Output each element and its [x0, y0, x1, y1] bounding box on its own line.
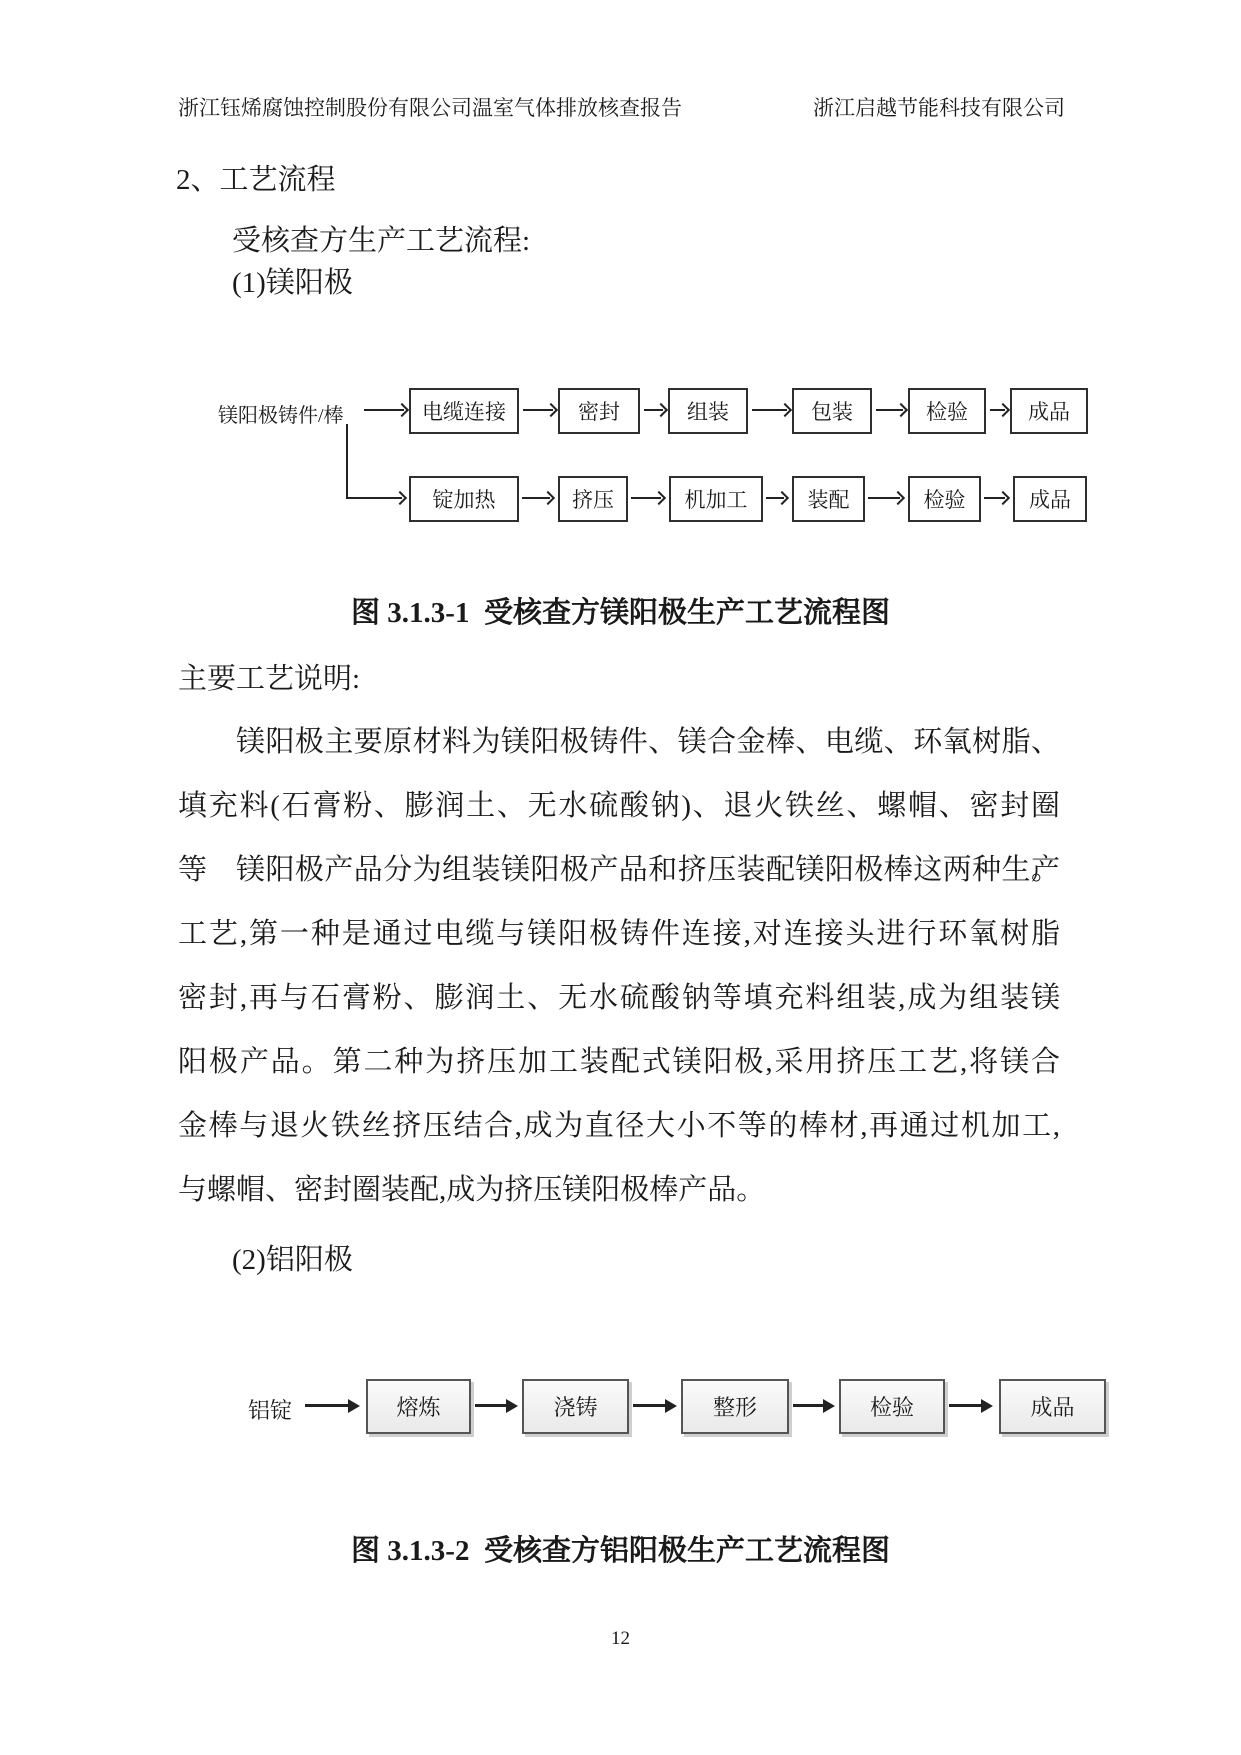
page-header: 浙江钰烯腐蚀控制股份有限公司温室气体排放核查报告 浙江启越节能科技有限公司 — [178, 96, 1065, 120]
flow-arrow — [752, 409, 787, 411]
flow-arrow — [523, 409, 553, 411]
flow-step-box: 成品 — [999, 1379, 1106, 1434]
flow-step-box: 检验 — [908, 476, 981, 522]
flow-arrow — [984, 497, 1005, 499]
header-left-text: 浙江钰烯腐蚀控制股份有限公司温室气体排放核查报告 — [178, 96, 682, 120]
description-line: 镁阳极主要原材料为镁阳极铸件、镁合金棒、电缆、环氧树脂、 — [178, 710, 1060, 774]
page-number: 12 — [0, 1628, 1241, 1650]
figure-2-caption: 图 3.1.3-2 受核查方铝阳极生产工艺流程图 — [0, 1528, 1241, 1569]
flow-arrow — [766, 497, 784, 499]
header-right-text: 浙江启越节能科技有限公司 — [813, 96, 1065, 120]
description-line: 与螺帽、密封圈装配,成为挤压镁阳极棒产品。 — [178, 1158, 1060, 1222]
section-title: 2、工艺流程 — [176, 163, 336, 197]
flow-step-box: 整形 — [681, 1379, 789, 1434]
flow-arrow — [990, 409, 1005, 411]
flow-step-box: 锭加热 — [409, 476, 519, 522]
flow-step-box: 浇铸 — [522, 1379, 629, 1434]
document-page: 浙江钰烯腐蚀控制股份有限公司温室气体排放核查报告 浙江启越节能科技有限公司 2、… — [0, 0, 1241, 1755]
process-description-heading: 主要工艺说明: — [178, 662, 360, 696]
description-line: 填充料(石膏粉、膨润土、无水硫酸钠)、退火铁丝、螺帽、密封圈等。 — [178, 774, 1060, 838]
description-line: 密封,再与石膏粉、膨润土、无水硫酸钠等填充料组装,成为组装镁 — [178, 966, 1060, 1030]
flow-arrow — [475, 1404, 507, 1407]
description-line: 工艺,第一种是通过电缆与镁阳极铸件连接,对连接头进行环氧树脂 — [178, 902, 1060, 966]
description-line: 金棒与退火铁丝挤压结合,成为直径大小不等的棒材,再通过机加工, — [178, 1094, 1060, 1158]
flow2-source-label: 铝锭 — [248, 1394, 292, 1425]
flow-arrow — [644, 409, 663, 411]
flow1-source-label: 镁阳极铸件/棒 — [218, 399, 344, 428]
process-intro: 受核查方生产工艺流程: — [232, 224, 530, 258]
flow-arrow — [633, 1404, 666, 1407]
flow-arrow — [868, 497, 900, 499]
flow-arrow — [522, 497, 550, 499]
flow-step-box: 机加工 — [669, 476, 763, 522]
description-line: 阳极产品。第二种为挤压加工装配式镁阳极,采用挤压工艺,将镁合 — [178, 1030, 1060, 1094]
process-description: 镁阳极主要原材料为镁阳极铸件、镁合金棒、电缆、环氧树脂、 填充料(石膏粉、膨润土… — [178, 710, 1060, 1222]
flow-step-box: 装配 — [792, 476, 865, 522]
flow-arrow — [793, 1404, 824, 1407]
figure-1-caption: 图 3.1.3-1 受核查方镁阳极生产工艺流程图 — [0, 590, 1241, 631]
subsection-2-title: (2)铝阳极 — [232, 1243, 353, 1277]
branch-connector-vertical-line — [346, 424, 348, 499]
flow-arrow — [364, 409, 404, 411]
subsection-1-title: (1)镁阳极 — [232, 266, 353, 300]
flow-step-box: 熔炼 — [366, 1379, 471, 1434]
description-line: 镁阳极产品分为组装镁阳极产品和挤压装配镁阳极棒这两种生产 — [178, 838, 1060, 902]
flow-step-box: 成品 — [1010, 388, 1088, 434]
flow-arrow — [949, 1404, 982, 1407]
flow-step-box: 密封 — [558, 388, 640, 434]
flow-arrow — [305, 1404, 349, 1407]
flow-step-box: 检验 — [839, 1379, 945, 1434]
branch-connector-arrow — [346, 497, 402, 499]
flow-arrow — [631, 497, 661, 499]
flow-step-box: 挤压 — [558, 476, 628, 522]
flow-step-box: 包装 — [792, 388, 872, 434]
flow-step-box: 电缆连接 — [409, 388, 519, 434]
flow-arrow — [876, 409, 903, 411]
flow-step-box: 组装 — [668, 388, 748, 434]
flow-step-box: 成品 — [1013, 476, 1087, 522]
flow-step-box: 检验 — [908, 388, 986, 434]
